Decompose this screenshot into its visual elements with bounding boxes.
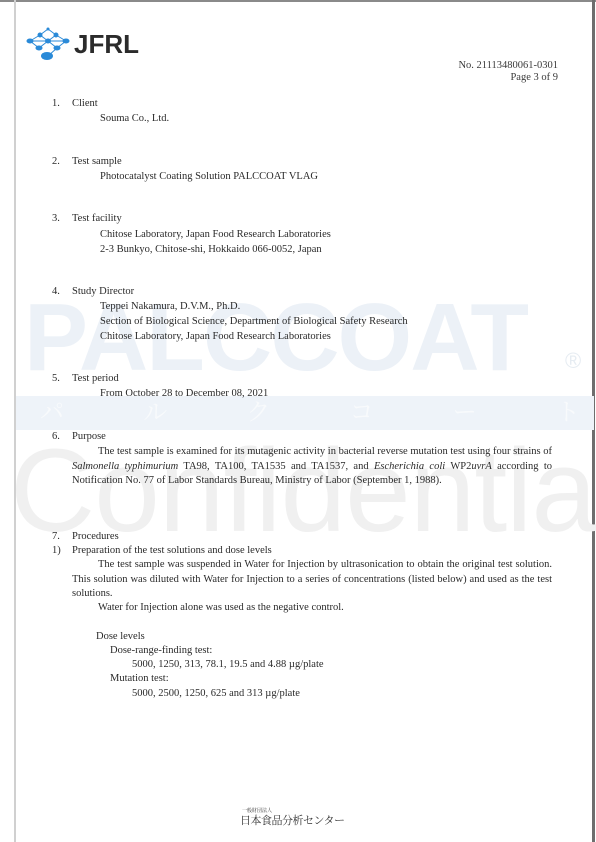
watermark-registered-mark: ® <box>565 348 581 374</box>
director-lab: Chitose Laboratory, Japan Food Research … <box>100 330 331 344</box>
test-sample-name: Photocatalyst Coating Solution PALCCOAT … <box>100 170 318 184</box>
mutation-test-values: 5000, 2500, 1250, 625 and 313 µg/plate <box>132 687 300 701</box>
section-title: Test facility <box>72 212 122 226</box>
facility-address: 2-3 Bunkyo, Chitose-shi, Hokkaido 066-00… <box>100 243 322 257</box>
watermark-band <box>16 396 594 430</box>
negative-control-text: Water for Injection alone was used as th… <box>98 601 344 615</box>
section-title: Client <box>72 97 98 111</box>
strain-name: uvrA <box>471 461 491 472</box>
section-title: Test sample <box>72 155 122 169</box>
section-title: Procedures <box>72 530 119 544</box>
test-period-dates: From October 28 to December 08, 2021 <box>100 387 268 401</box>
section-title: Purpose <box>72 430 106 444</box>
section-number: 2. <box>52 155 72 169</box>
footer-organization: 一般財団法人 日本食品分析センター <box>240 808 345 827</box>
footer-org-name: 日本食品分析センター <box>240 814 345 827</box>
section-number: 7. <box>52 530 72 544</box>
section-number: 1. <box>52 97 72 111</box>
dose-levels-label: Dose levels <box>96 630 145 644</box>
range-finding-values: 5000, 1250, 313, 78.1, 19.5 and 4.88 µg/… <box>132 658 324 672</box>
logo-text: JFRL <box>74 29 139 60</box>
purpose-text: The test sample is examined for its muta… <box>98 446 552 457</box>
subsection-number: 1) <box>52 544 72 558</box>
director-name: Teppei Nakamura, D.V.M., Ph.D. <box>100 300 240 314</box>
purpose-text: TA98, TA100, TA1535 and TA1537, and <box>178 461 374 472</box>
section-number: 5. <box>52 372 72 386</box>
species-name: Escherichia coli <box>374 461 445 472</box>
section-title: Test period <box>72 372 119 386</box>
section-title: Study Director <box>72 285 134 299</box>
director-section: Section of Biological Science, Departmen… <box>100 315 408 329</box>
document-reference: No. 21113480061-0301 Page 3 of 9 <box>458 60 558 84</box>
range-finding-label: Dose-range-finding test: <box>110 644 212 658</box>
section-number: 6. <box>52 430 72 444</box>
page-edge-top <box>0 0 596 2</box>
section-number: 3. <box>52 212 72 226</box>
page-number: Page 3 of 9 <box>458 72 558 84</box>
document-number: No. 21113480061-0301 <box>458 60 558 72</box>
jfrl-logo: JFRL <box>26 26 139 62</box>
preparation-paragraph: The test sample was suspended in Water f… <box>72 558 552 602</box>
client-name: Souma Co., Ltd. <box>100 112 169 126</box>
molecule-network-icon <box>26 26 70 62</box>
mutation-test-label: Mutation test: <box>110 672 169 686</box>
purpose-paragraph: The test sample is examined for its muta… <box>72 445 552 489</box>
subsection-title: Preparation of the test solutions and do… <box>72 544 272 558</box>
species-name: Salmonella typhimurium <box>72 461 178 472</box>
purpose-text: WP2 <box>445 461 471 472</box>
facility-line: Chitose Laboratory, Japan Food Research … <box>100 228 331 242</box>
section-number: 4. <box>52 285 72 299</box>
preparation-text: The test sample was suspended in Water f… <box>72 559 552 599</box>
